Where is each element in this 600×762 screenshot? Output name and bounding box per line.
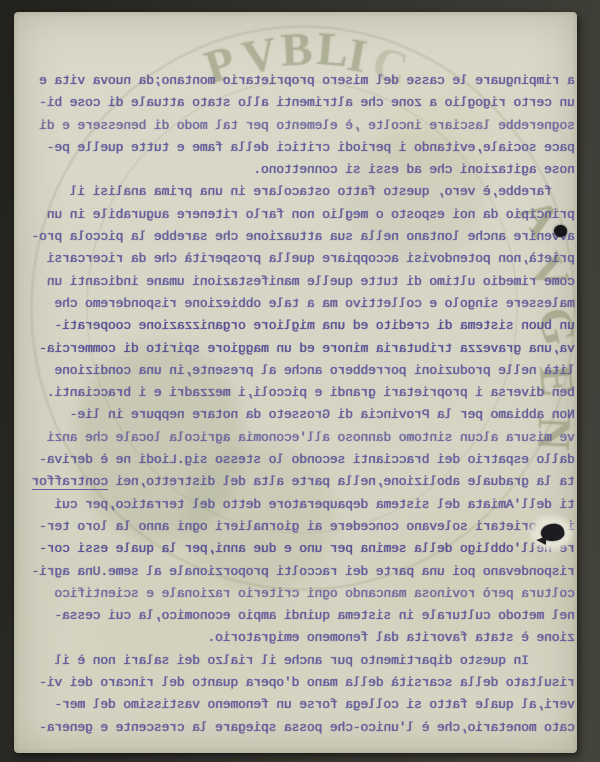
text-line: zione è stata favorita dal fenomeno emig…	[51, 630, 575, 652]
text-line: risultato della scarsità della mano d'op…	[51, 675, 575, 697]
watermark-letter: B	[280, 26, 314, 75]
text-line: principio da noi esposto o meglio non fa…	[51, 207, 575, 229]
text-line: re nell'obbligo della semina per uno e d…	[51, 541, 575, 563]
typewritten-text: a rimpinguare le casse del misero propri…	[51, 73, 575, 742]
text-line: va,una gravezza tributaria minore ed un …	[51, 341, 575, 363]
text-line: nel metodo culturale in sistema quindi a…	[51, 608, 575, 630]
text-line: i proprietari solevano concedere ai gior…	[51, 519, 575, 541]
text-line: a rimpinguare le casse del misero propri…	[51, 73, 575, 95]
text-line: ve misura alcun sintomo dannoso all'econ…	[51, 430, 575, 452]
text-line: ti dell'Amiata del sistema depauperatore…	[51, 497, 575, 519]
scan-background: PVBLICAVGEN a rimpinguare le casse del m…	[0, 0, 600, 762]
text-line: In questo dipartimento pur anche il rial…	[51, 653, 575, 675]
text-line: lità nelle produzioni porrebbero anche a…	[51, 363, 575, 385]
text-line: sognerebbe lasciare incolte ,è elemento …	[51, 118, 575, 140]
text-line: come rimedio ultimo di tutte quelle mani…	[51, 274, 575, 296]
watermark-letter: L	[315, 26, 350, 76]
text-line: coltura però rovinosa mancando ogni crit…	[51, 586, 575, 608]
text-line: nose agitazioni che ad essi si connetton…	[51, 162, 575, 184]
underlined-word: contraffor	[32, 474, 109, 490]
text-line: veri,al quale fatto si collega forse un …	[51, 697, 575, 719]
text-line: pace sociale,evitando i periodi critici …	[51, 140, 575, 162]
text-line: malessere singolo e collettivo ma a tale…	[51, 296, 575, 318]
text-line: ben diversa i proprietari grandi e picco…	[51, 385, 575, 407]
text-line: prietà,non potendovisi accoppiare quella…	[51, 251, 575, 273]
text-line: Non abbiamo per la Provincia di Grosseto…	[51, 407, 575, 429]
text-line: rispondevano poi una parte dei raccolti …	[51, 564, 575, 586]
text-line: avvenire anche lontano nella sua attuazi…	[51, 229, 575, 251]
text-line: farebbe,è vero, questo fatto ostacolare …	[51, 184, 575, 206]
text-line: dallo espatrio dei braccianti secondo lo…	[51, 452, 575, 474]
text-line: cato monetario,che è l'unico-che possa s…	[51, 720, 575, 742]
text-line: ta la graduale abolizione,nella parte al…	[51, 474, 575, 496]
text-line: un certo rigoglio a zone che altrimenti …	[51, 95, 575, 117]
paper-sheet: PVBLICAVGEN a rimpinguare le casse del m…	[14, 12, 577, 753]
ink-dot	[554, 225, 567, 237]
text-line: un buon sistema di credito ed una miglio…	[51, 318, 575, 340]
